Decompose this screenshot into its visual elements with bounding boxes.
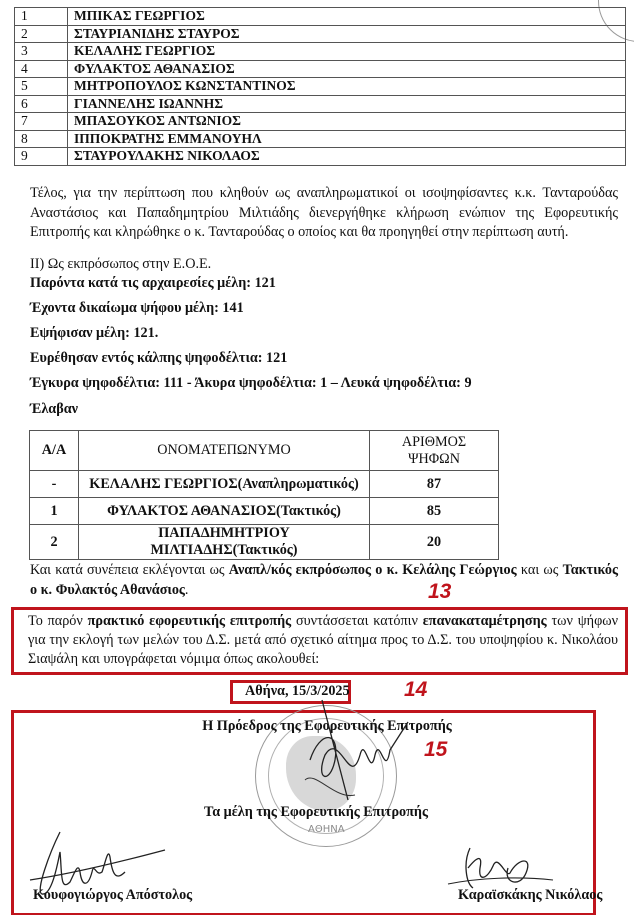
members-title: Τα μέλη της Εφορευτικής Επιτροπής	[166, 804, 466, 821]
result-votes: 85	[370, 498, 499, 525]
table-row: - ΚΕΛΑΛΗΣ ΓΕΩΡΓΙΟΣ(Αναπληρωματικός) 87	[30, 471, 499, 498]
recount-bold-recount: επανακαταμέτρησης	[423, 613, 547, 629]
header-votes: ΑΡΙΘΜΟΣ ΨΗΦΩΝ	[370, 431, 499, 471]
table-row: 3ΚΕΛΑΛΗΣ ΓΕΩΡΓΙΟΣ	[15, 43, 626, 61]
results-header-row: Α/Α ΟΝΟΜΑΤΕΠΩΝΥΜΟ ΑΡΙΘΜΟΣ ΨΗΦΩΝ	[30, 431, 499, 471]
stat-received: Έλαβαν	[30, 401, 78, 418]
row-number: 8	[15, 130, 68, 148]
table-row: 4ΦΥΛΑΚΤΟΣ ΑΘΑΝΑΣΙΟΣ	[15, 60, 626, 78]
member-left-name: Κουφογιώργος Απόστολος	[33, 887, 192, 904]
header-aa: Α/Α	[30, 431, 79, 471]
table-row: 2 ΠΑΠΑΔΗΜΗΤΡΙΟΥ ΜΙΛΤΙΑΔΗΣ(Τακτικός) 20	[30, 525, 499, 560]
member-name: ΙΠΠΟΚΡΑΤΗΣ ΕΜΜΑΝΟΥΗΛ	[68, 130, 626, 148]
table-row: 7ΜΠΑΣΟΥΚΟΣ ΑΝΤΩΝΙΟΣ	[15, 113, 626, 131]
date-line: Αθήνα, 15/3/2025	[245, 683, 350, 700]
results-table: Α/Α ΟΝΟΜΑΤΕΠΩΝΥΜΟ ΑΡΙΘΜΟΣ ΨΗΦΩΝ - ΚΕΛΑΛΗ…	[29, 430, 499, 560]
member-name: ΜΗΤΡΟΠΟΥΛΟΣ ΚΩΝΣΤΑΝΤΙΝΟΣ	[68, 78, 626, 96]
table-row: 1ΜΠΙΚΑΣ ΓΕΩΡΓΙΟΣ	[15, 8, 626, 26]
table-row: 6ΓΙΑΝΝΕΛΗΣ ΙΩΑΝΝΗΣ	[15, 95, 626, 113]
row-number: 4	[15, 60, 68, 78]
table-row: 9ΣΤΑΥΡΟΥΛΑΚΗΣ ΝΙΚΟΛΑΟΣ	[15, 148, 626, 166]
president-signature	[300, 700, 410, 810]
result-votes: 87	[370, 471, 499, 498]
result-aa: 1	[30, 498, 79, 525]
row-number: 9	[15, 148, 68, 166]
header-name: ΟΝΟΜΑΤΕΠΩΝΥΜΟ	[79, 431, 370, 471]
row-number: 7	[15, 113, 68, 131]
conclusion-text: Και κατά συνέπεια εκλέγονται ως	[30, 562, 229, 578]
recount-paragraph: Το παρόν πρακτικό εφορευτικής επιτροπής …	[28, 612, 618, 669]
stat-found-ballots: Ευρέθησαν εντός κάλπης ψηφοδέλτια: 121	[30, 350, 287, 367]
result-votes: 20	[370, 525, 499, 560]
stamp-text: ΑΘΗΝΑ	[308, 824, 345, 835]
row-number: 3	[15, 43, 68, 61]
conclusion-alternate: Αναπλ/κός εκπρόσωπος ο κ. Κελάλης Γεώργι…	[229, 562, 517, 578]
table-row: 8ΙΠΠΟΚΡΑΤΗΣ ΕΜΜΑΝΟΥΗΛ	[15, 130, 626, 148]
table-row: 2ΣΤΑΥΡΙΑΝΙΔΗΣ ΣΤΑΥΡΟΣ	[15, 25, 626, 43]
member-name: ΣΤΑΥΡΙΑΝΙΔΗΣ ΣΤΑΥΡΟΣ	[68, 25, 626, 43]
recount-text: συντάσσεται κατόπιν	[291, 613, 423, 629]
result-aa: -	[30, 471, 79, 498]
table-row: 1 ΦΥΛΑΚΤΟΣ ΑΘΑΝΑΣΙΟΣ(Τακτικός) 85	[30, 498, 499, 525]
election-conclusion: Και κατά συνέπεια εκλέγονται ως Αναπλ/κό…	[30, 561, 618, 600]
row-number: 6	[15, 95, 68, 113]
recount-text: Το παρόν	[28, 613, 88, 629]
annotation-13: 13	[428, 580, 451, 604]
annotation-14: 14	[404, 678, 427, 702]
result-aa: 2	[30, 525, 79, 560]
section-heading: ΙΙ) Ως εκπρόσωπος στην Ε.Ο.Ε.	[30, 256, 211, 273]
header-votes-line2: ΨΗΦΩΝ	[374, 451, 494, 468]
conclusion-text: .	[185, 582, 189, 598]
table-row: 5ΜΗΤΡΟΠΟΥΛΟΣ ΚΩΝΣΤΑΝΤΙΝΟΣ	[15, 78, 626, 96]
conclusion-text: και ως	[517, 562, 563, 578]
row-number: 2	[15, 25, 68, 43]
members-table: 1ΜΠΙΚΑΣ ΓΕΩΡΓΙΟΣ 2ΣΤΑΥΡΙΑΝΙΔΗΣ ΣΤΑΥΡΟΣ 3…	[14, 7, 626, 166]
member-right-name: Καραϊσκάκης Νικόλαος	[458, 887, 602, 904]
stat-voted: Εψήφισαν μέλη: 121.	[30, 325, 158, 342]
member-name: ΣΤΑΥΡΟΥΛΑΚΗΣ ΝΙΚΟΛΑΟΣ	[68, 148, 626, 166]
tie-draw-paragraph: Τέλος, για την περίπτωση που κληθούν ως …	[30, 184, 618, 243]
header-votes-line1: ΑΡΙΘΜΟΣ	[374, 434, 494, 451]
recount-bold-minutes: πρακτικό εφορευτικής επιτροπής	[88, 613, 292, 629]
member-name: ΜΠΑΣΟΥΚΟΣ ΑΝΤΩΝΙΟΣ	[68, 113, 626, 131]
result-name: ΦΥΛΑΚΤΟΣ ΑΘΑΝΑΣΙΟΣ(Τακτικός)	[79, 498, 370, 525]
row-number: 5	[15, 78, 68, 96]
stat-valid-invalid-blank: Έγκυρα ψηφοδέλτια: 111 - Άκυρα ψηφοδέλτι…	[30, 375, 472, 392]
row-number: 1	[15, 8, 68, 26]
stat-eligible: Έχοντα δικαίωμα ψήφου μέλη: 141	[30, 300, 244, 317]
member-name: ΦΥΛΑΚΤΟΣ ΑΘΑΝΑΣΙΟΣ	[68, 60, 626, 78]
annotation-15: 15	[424, 738, 447, 762]
result-name: ΠΑΠΑΔΗΜΗΤΡΙΟΥ ΜΙΛΤΙΑΔΗΣ(Τακτικός)	[79, 525, 370, 560]
member-name: ΜΠΙΚΑΣ ΓΕΩΡΓΙΟΣ	[68, 8, 626, 26]
stat-present: Παρόντα κατά τις αρχαιρεσίες μέλη: 121	[30, 275, 276, 292]
member-name: ΓΙΑΝΝΕΛΗΣ ΙΩΑΝΝΗΣ	[68, 95, 626, 113]
result-name: ΚΕΛΑΛΗΣ ΓΕΩΡΓΙΟΣ(Αναπληρωματικός)	[79, 471, 370, 498]
member-name: ΚΕΛΑΛΗΣ ΓΕΩΡΓΙΟΣ	[68, 43, 626, 61]
